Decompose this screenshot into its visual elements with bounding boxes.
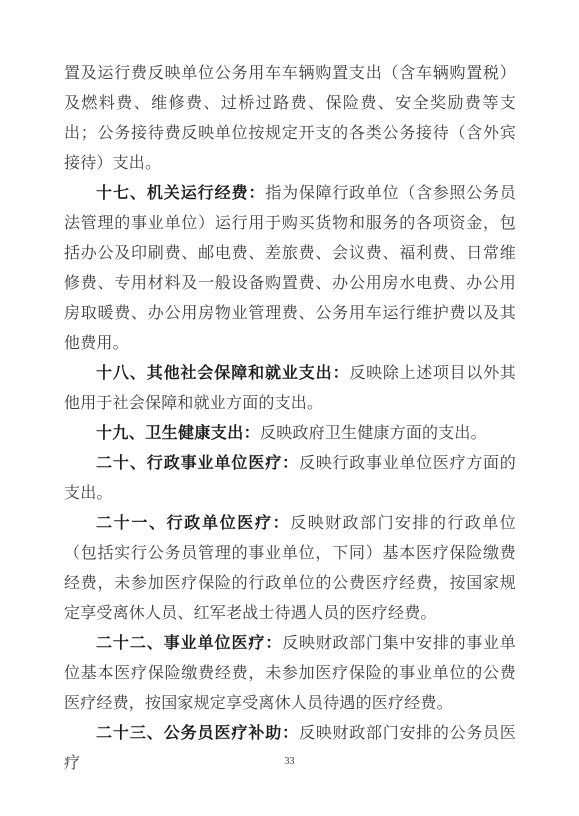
paragraph-term: 二十二、事业单位医疗： (96, 635, 282, 652)
paragraph: 十七、机关运行经费：指为保障行政单位（含参照公务员法管理的事业单位）运行用于购买… (64, 179, 516, 359)
paragraph-text: 指为保障行政单位（含参照公务员法管理的事业单位）运行用于购买货物和服务的各项资金… (64, 185, 516, 352)
paragraph: 十九、卫生健康支出：反映政府卫生健康方面的支出。 (64, 419, 516, 449)
paragraph: 二十一、行政单位医疗：反映财政部门安排的行政单位（包括实行公务员管理的事业单位，… (64, 509, 516, 629)
paragraph-term: 二十一、行政单位医疗： (96, 515, 290, 532)
paragraph-term: 十九、卫生健康支出： (96, 425, 260, 442)
paragraph-term: 十八、其他社会保障和就业支出： (96, 365, 349, 382)
document-page: 置及运行费反映单位公务用车车辆购置支出（含车辆购置税）及燃料费、维修费、过桥过路… (0, 0, 579, 816)
paragraph-term: 二十三、公务员医疗补助： (96, 725, 299, 742)
paragraph: 二十三、公务员医疗补助：反映财政部门安排的公务员医疗 (64, 719, 516, 779)
paragraph-text: 置及运行费反映单位公务用车车辆购置支出（含车辆购置税）及燃料费、维修费、过桥过路… (64, 65, 516, 172)
paragraph-term: 十七、机关运行经费： (96, 185, 265, 202)
paragraph-term: 二十、行政事业单位医疗： (96, 455, 299, 472)
paragraph: 二十、行政事业单位医疗：反映行政事业单位医疗方面的支出。 (64, 449, 516, 509)
paragraph: 十八、其他社会保障和就业支出：反映除上述项目以外其他用于社会保障和就业方面的支出… (64, 359, 516, 419)
paragraph: 置及运行费反映单位公务用车车辆购置支出（含车辆购置税）及燃料费、维修费、过桥过路… (64, 59, 516, 179)
paragraph: 二十二、事业单位医疗：反映财政部门集中安排的事业单位基本医疗保险缴费经费，未参加… (64, 629, 516, 719)
document-body: 置及运行费反映单位公务用车车辆购置支出（含车辆购置税）及燃料费、维修费、过桥过路… (64, 59, 516, 779)
page-number: 33 (0, 756, 579, 767)
paragraph-text: 反映政府卫生健康方面的支出。 (260, 425, 487, 442)
